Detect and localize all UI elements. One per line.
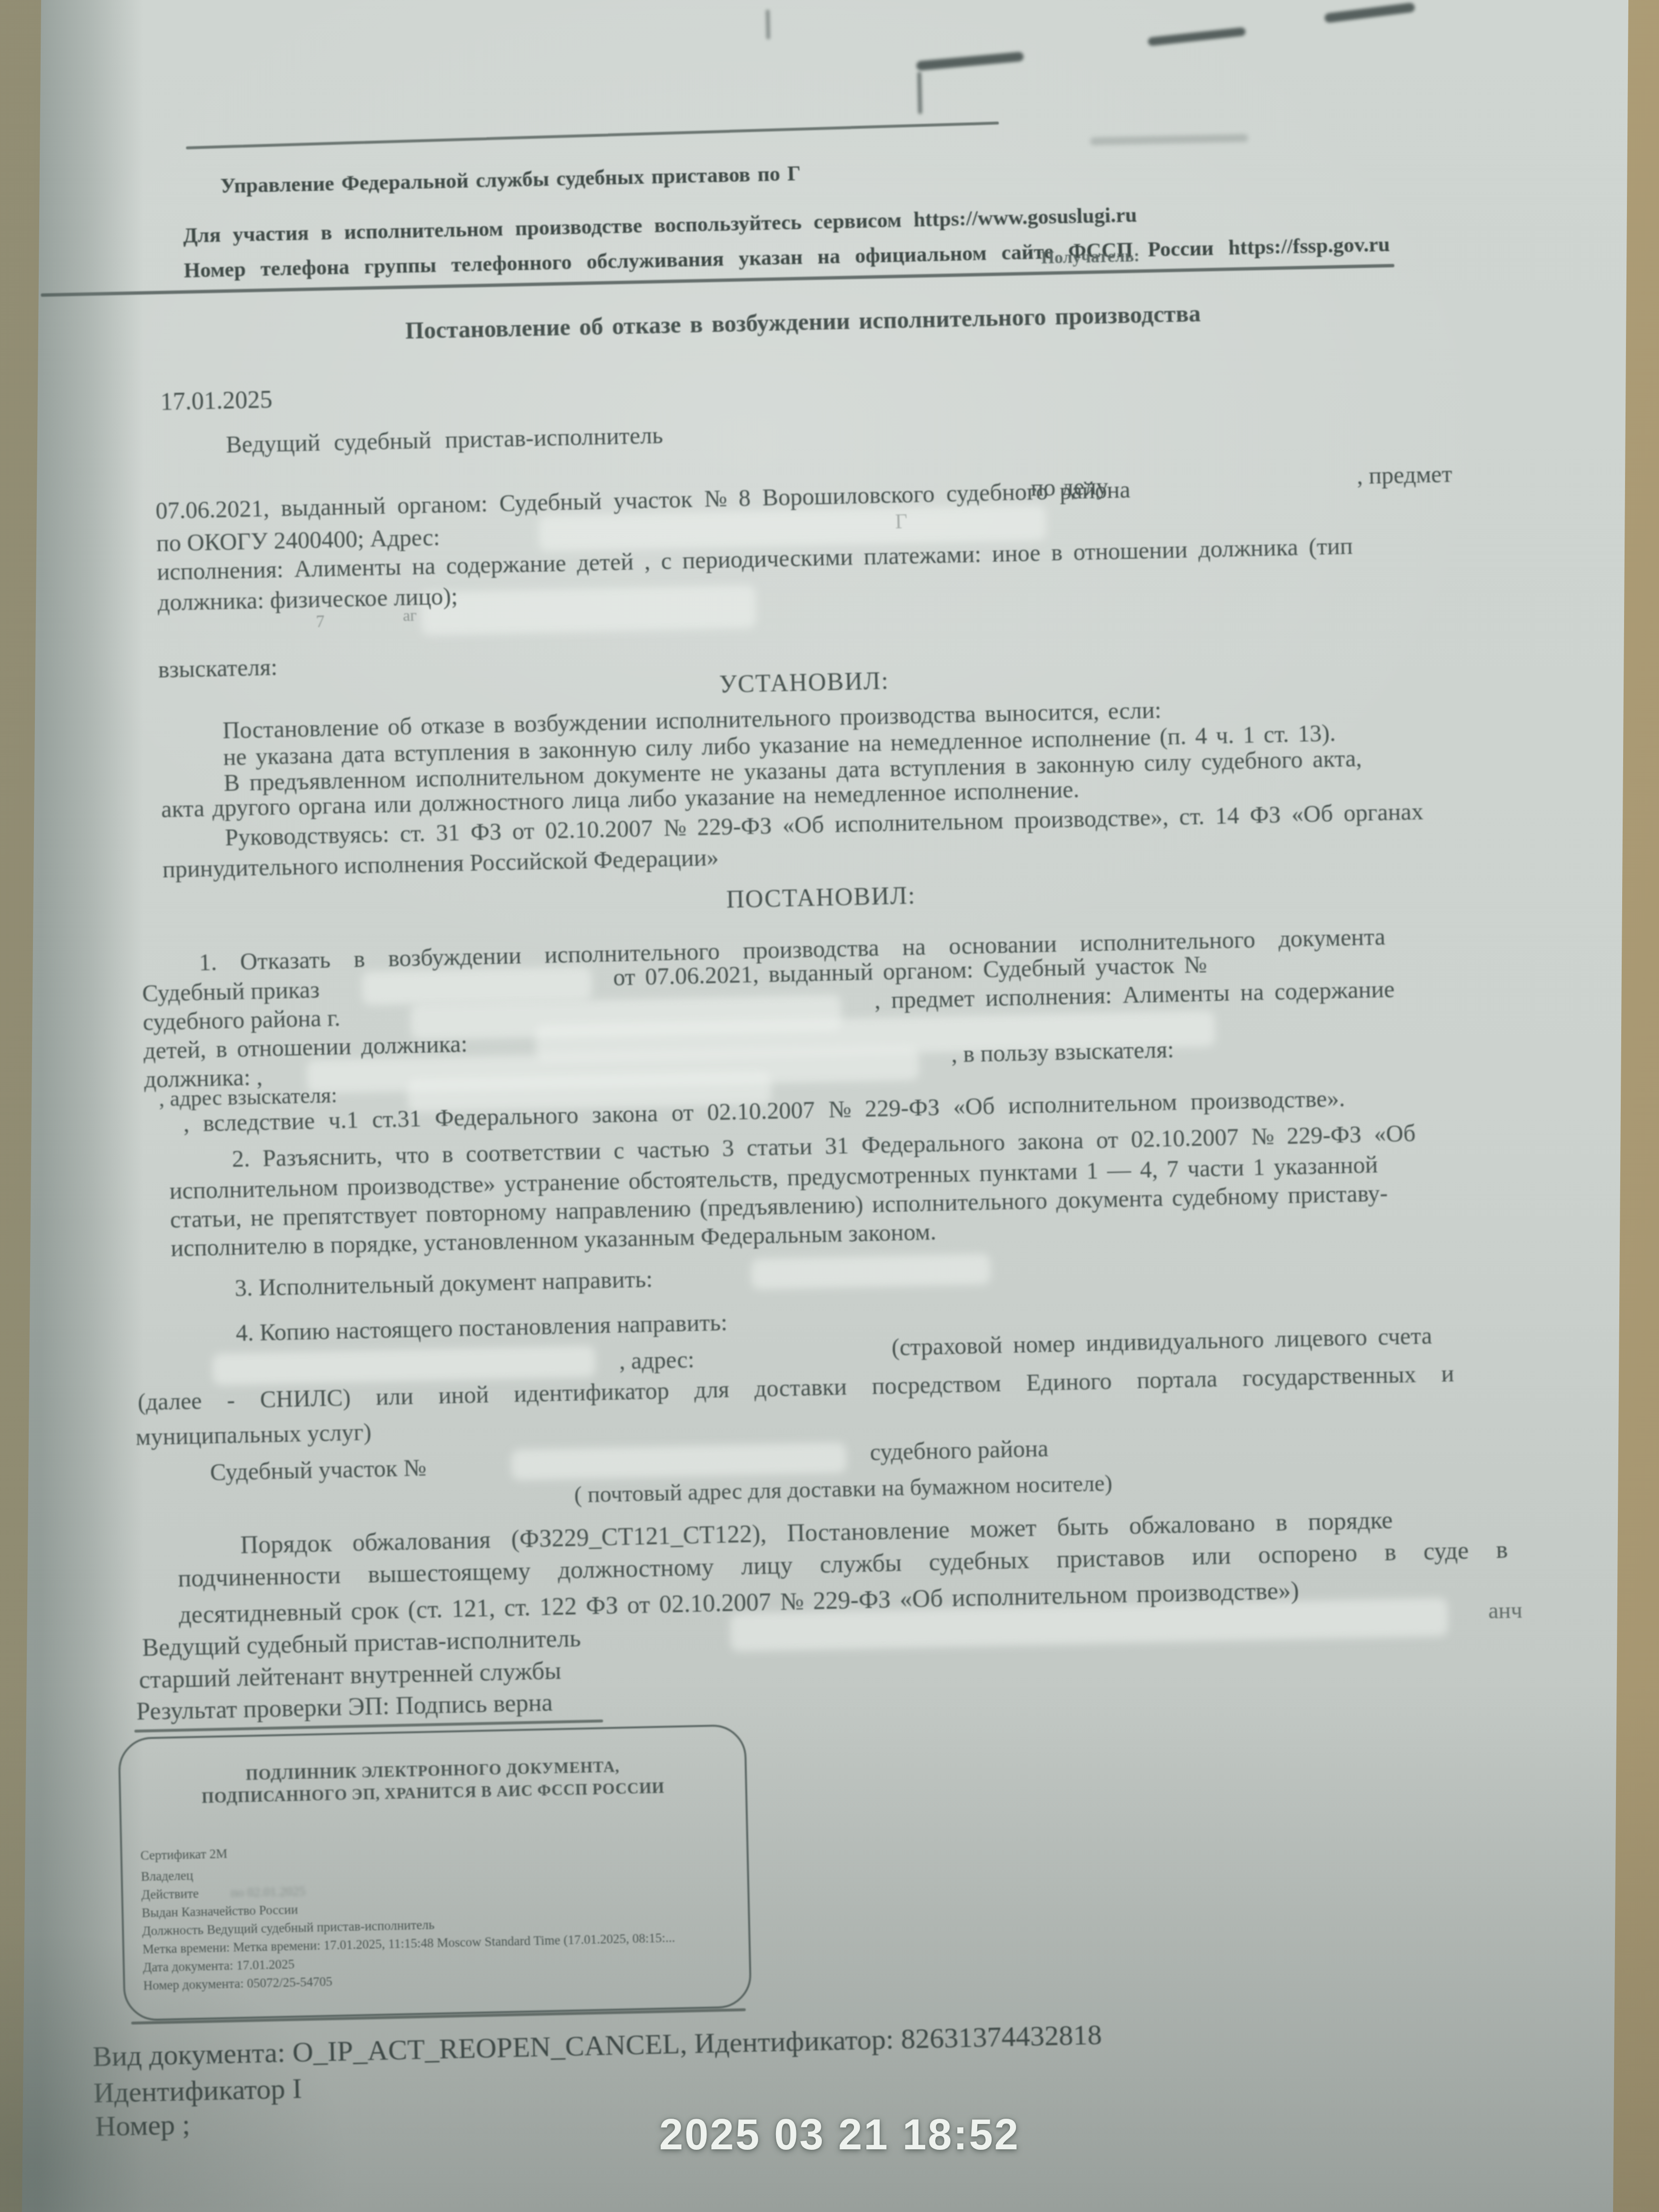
ink-smudge — [916, 52, 1024, 71]
snils-line3: муниципальных услуг) — [135, 1419, 372, 1450]
stamp-position: Должность Ведущий судебный пристав-испол… — [142, 1917, 435, 1938]
stamp-doc-date: Дата документа: 17.01.2025 — [143, 1957, 295, 1975]
item1-line5b: , в пользу взыскателя: — [951, 1036, 1174, 1067]
postanovil-heading: ПОСТАНОВИЛ: — [726, 882, 916, 914]
stamp-validity-blur: по 02.01.2025 — [231, 1884, 306, 1900]
ink-smudge — [918, 72, 922, 114]
ep-check-result: Результат проверки ЭП: Подпись верна — [136, 1689, 553, 1725]
item4-address-label: , адрес: — [619, 1346, 695, 1374]
signature-name-fragment: анч — [1488, 1597, 1523, 1624]
ink-smudge — [766, 10, 770, 39]
ink-smudge — [1090, 134, 1248, 145]
court-section-b: судебного района — [870, 1435, 1049, 1465]
stamp-certificate: Сертификат 2М — [140, 1847, 227, 1863]
camera-timestamp: 2025 03 21 18:52 — [659, 2111, 1020, 2160]
intro-line1b: по делу — [1030, 473, 1108, 501]
stamp-validity: Действите по 02.01.2025 — [141, 1884, 306, 1902]
recipient-label: Получатель: — [1041, 246, 1140, 267]
court-section-a: Судебный участок № — [210, 1454, 427, 1485]
document-date: 17.01.2025 — [160, 386, 273, 416]
snils-line1: (страховой номер индивидуального лицевог… — [891, 1322, 1432, 1360]
photo-of-document: { "photo": { "camera_timestamp": "2025 0… — [0, 0, 1659, 2212]
text-fragment: аг — [403, 607, 417, 625]
footer-identifier: Идентификатор I — [93, 2072, 302, 2108]
document-content: Управление Федеральной службы судебных п… — [0, 0, 1659, 2212]
item3-line: 3. Исполнительный документ направить: — [234, 1266, 653, 1301]
stamp-issuer: Выдан Казначейство России — [142, 1902, 298, 1920]
stamp-owner: Владелец — [141, 1868, 193, 1884]
stamp-doc-number: Номер документа: 05072/25-54705 — [143, 1974, 332, 1993]
footer-doc-type: Вид документа: O_IP_ACT_REOPEN_CANCEL, И… — [92, 2019, 1102, 2072]
signature-officer-title: Ведущий судебный пристав-исполнитель — [142, 1625, 581, 1661]
ustanovil-heading: УСТАНОВИЛ: — [719, 667, 889, 698]
electronic-signature-stamp: ПОДЛИННИК ЭЛЕКТРОННОГО ДОКУМЕНТА, ПОДПИС… — [118, 1724, 752, 2022]
text-fragment: Г — [895, 509, 908, 534]
header-rule — [186, 122, 999, 149]
office-name: Управление Федеральной службы судебных п… — [220, 162, 801, 198]
item1-line3a: судебного района г. — [143, 1005, 341, 1035]
redaction-patch — [362, 967, 592, 1005]
item1-line2a: Судебный приказ — [142, 976, 320, 1006]
item4-line: 4. Копию настоящего постановления направ… — [235, 1309, 728, 1346]
redaction-patch — [511, 1442, 846, 1480]
text-fragment: 7 — [316, 611, 325, 631]
officer-title-line: Ведущий судебный пристав-исполнитель — [226, 422, 664, 458]
redaction-patch — [420, 585, 756, 635]
intro-line1c: , предмет — [1357, 461, 1453, 489]
ink-smudge — [1148, 27, 1246, 46]
signature-rank: старший лейтенант внутренней службы — [139, 1657, 562, 1693]
redaction-patch — [751, 1254, 991, 1290]
document-title: Постановление об отказе в возбуждении ис… — [405, 300, 1201, 344]
claimant-label: взыскателя: — [158, 654, 278, 683]
stamp-validity-label: Действите — [141, 1886, 199, 1902]
footer-number: Номер ; — [95, 2109, 190, 2142]
ink-smudge — [1324, 2, 1416, 23]
intro-line2: по ОКОГУ 2400400; Адрес: — [156, 524, 440, 556]
